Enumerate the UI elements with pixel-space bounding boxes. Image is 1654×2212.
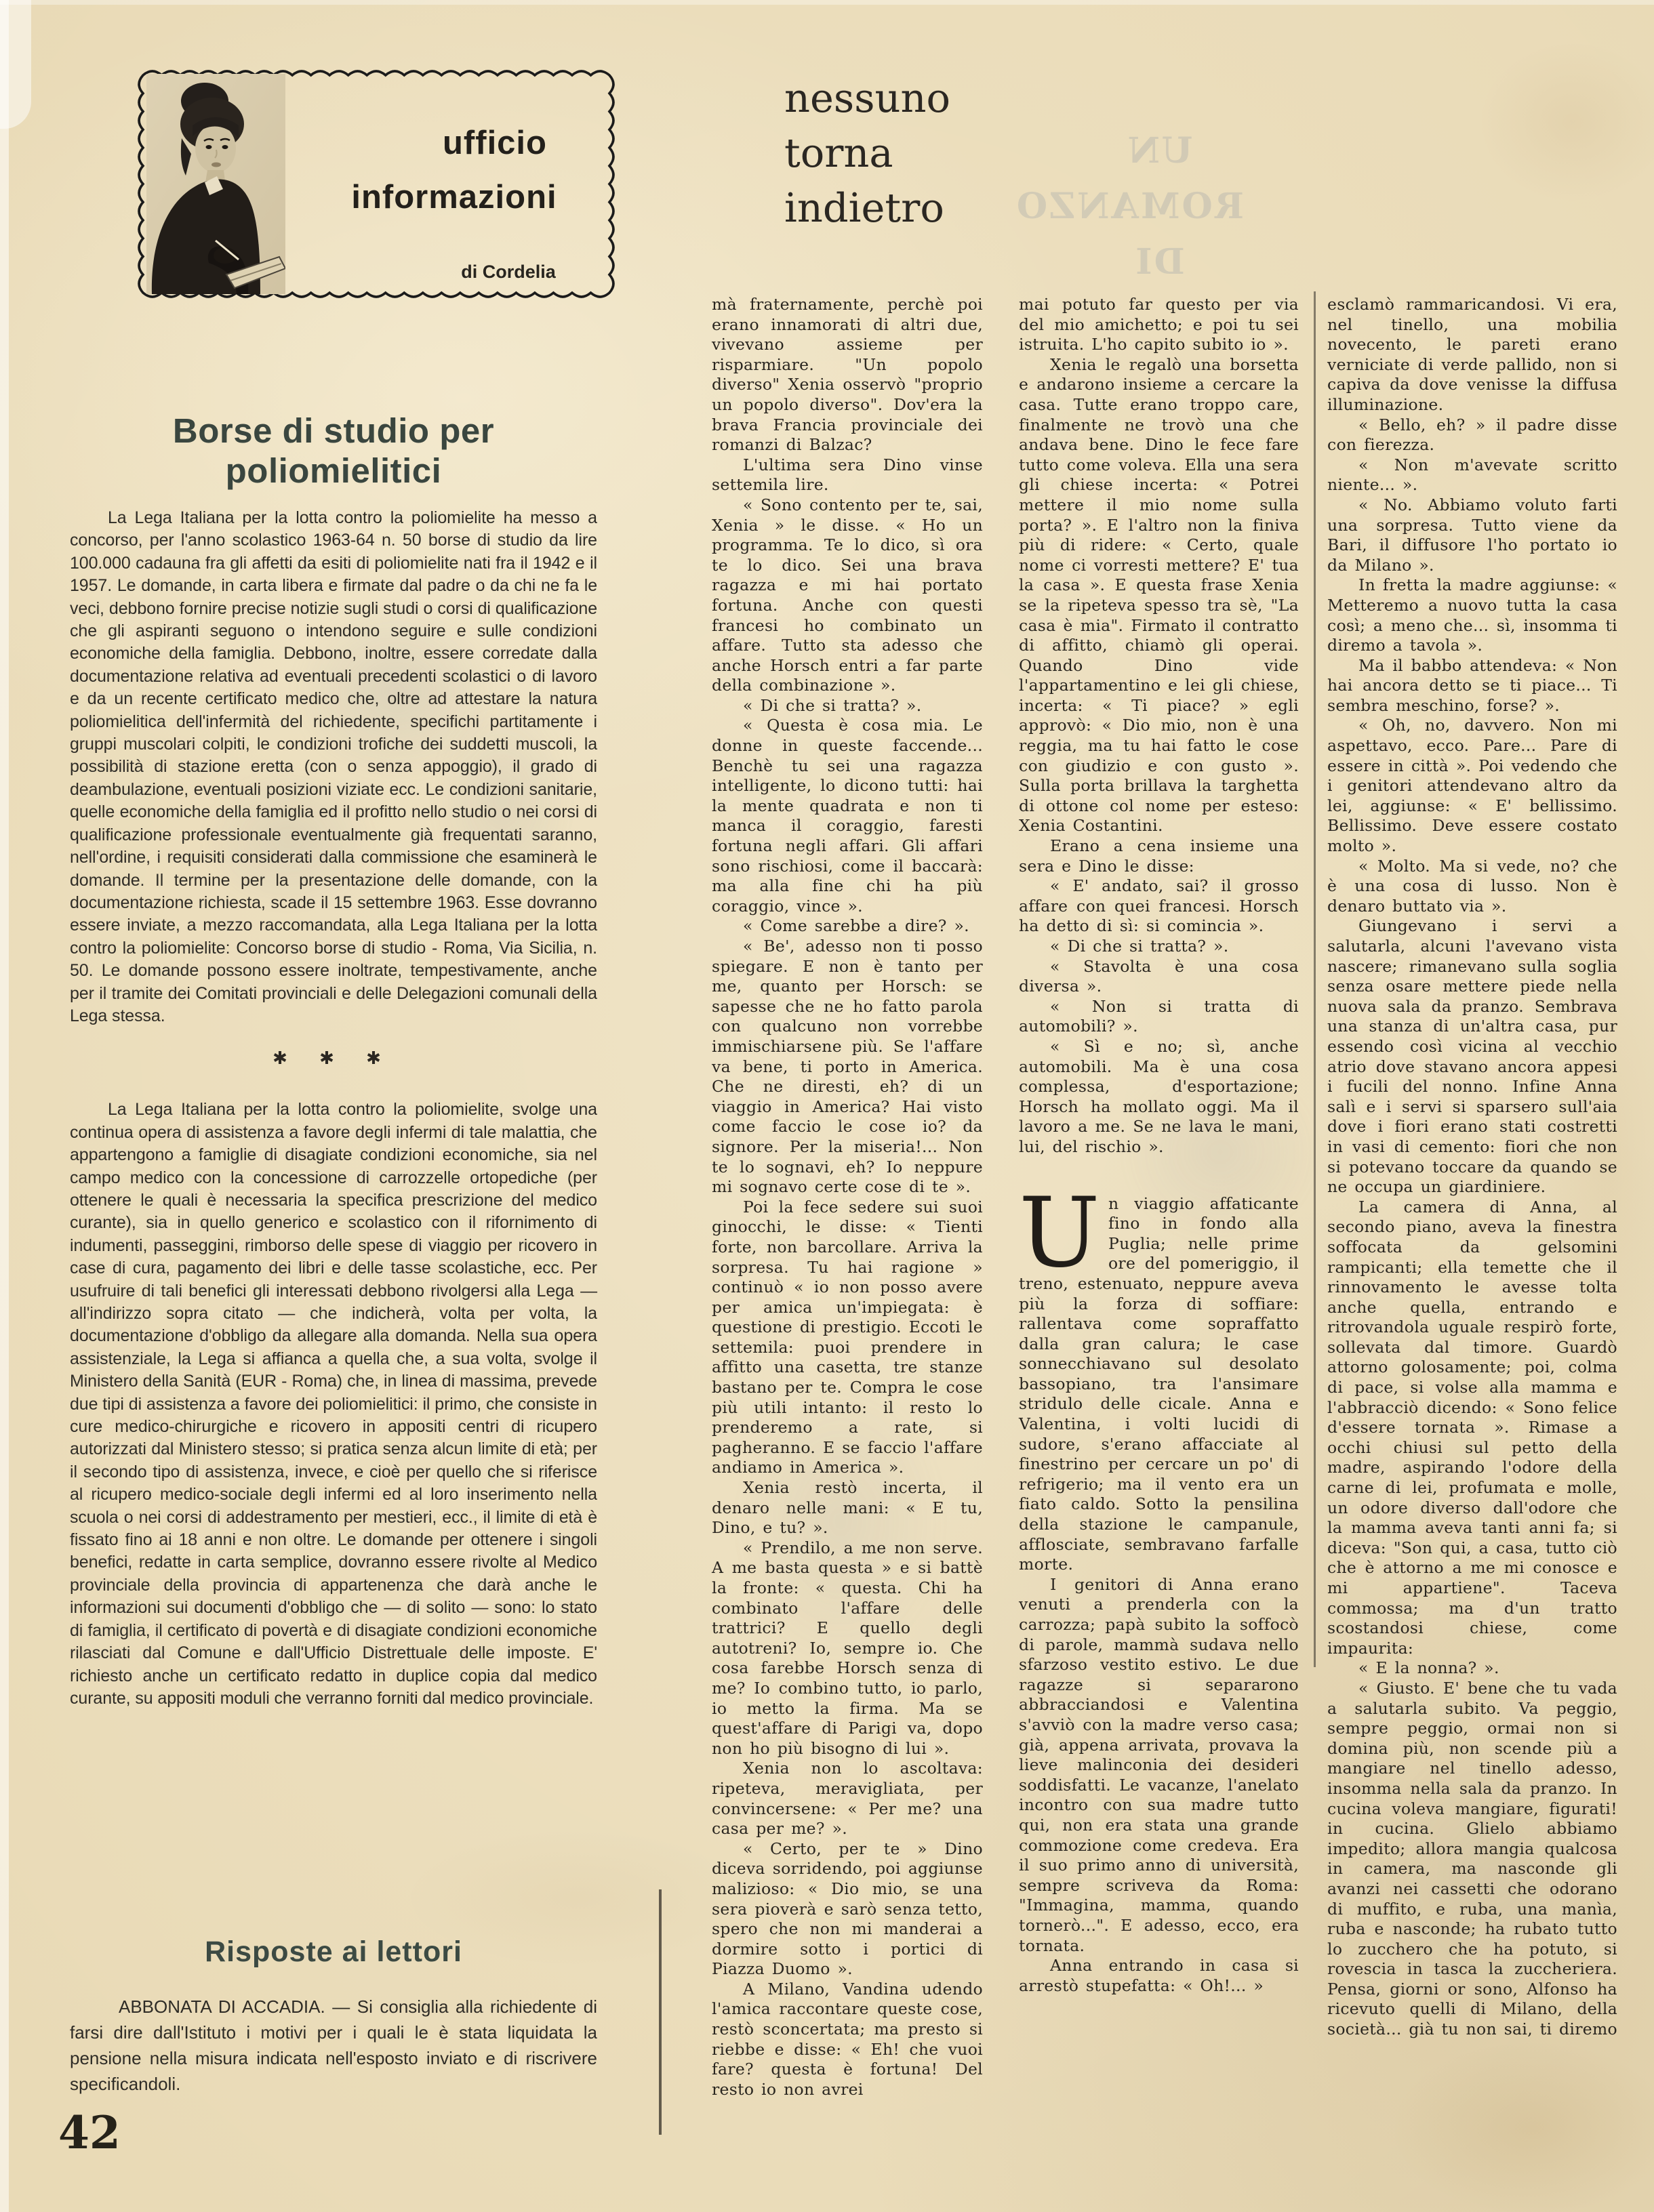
columnist-photo xyxy=(146,74,285,294)
story-paragraph: esclamò rammaricandosi. Vi era, nel tine… xyxy=(1327,295,1617,415)
story-paragraph: « Di che si tratta? ». xyxy=(1019,937,1299,957)
story-paragraph: « Certo, per te » Dino diceva sorridendo… xyxy=(712,1839,983,1980)
story-paragraph: « Stavolta è una cosa diversa ». xyxy=(1019,957,1299,997)
story-title: nessuno torna indietro xyxy=(784,70,950,235)
scan-edge xyxy=(0,0,1654,5)
article-column: La Lega Italiana per la lotta contro la … xyxy=(70,507,597,1710)
info-box-text: ufficio informazioni di Cordelia xyxy=(305,68,603,300)
woman-writing-illustration xyxy=(146,74,285,294)
story-paragraph: « E la nonna? ». xyxy=(1327,1658,1617,1679)
story-paragraph: mà fraternamente, perchè poi erano innam… xyxy=(712,295,983,455)
story-paragraph: « Questa è cosa mia. Le donne in queste … xyxy=(712,716,983,916)
bleedthrough-text: UN ROMANZO DI xyxy=(1074,123,1244,290)
story-paragraph: « Prendilo, a me non serve. A me basta q… xyxy=(712,1538,983,1759)
column-rule xyxy=(1314,291,1316,1667)
story-paragraph: « Come sarebbe a dire? ». xyxy=(712,916,983,937)
story-paragraph: Anna entrando in casa si arrestò stupefa… xyxy=(1019,1956,1299,1996)
scan-corner xyxy=(0,0,31,129)
drop-cap-letter: U xyxy=(1019,1194,1108,1269)
story-paragraph: I genitori di Anna erano venuti a prende… xyxy=(1019,1575,1299,1956)
story-paragraph: « Sì e no; sì, anche automobili. Ma è un… xyxy=(1019,1037,1299,1158)
info-box-title-line1: ufficio xyxy=(386,123,603,163)
story-column-3: esclamò rammaricandosi. Vi era, nel tine… xyxy=(1327,295,1617,2040)
story-paragraph: « Giusto. E' bene che tu vada a salutarl… xyxy=(1327,1679,1617,2040)
story-title-line2: torna xyxy=(784,125,950,180)
story-paragraph: Erano a cena insieme una sera e Dino le … xyxy=(1019,836,1299,876)
section-separator: ✱ ✱ ✱ xyxy=(70,1048,597,1069)
story-paragraph: « Di che si tratta? ». xyxy=(712,696,983,716)
story-paragraph: mai potuto far questo per via del mio am… xyxy=(1019,295,1299,355)
letters-reply: ABBONATA DI ACCADIA. — Si consiglia alla… xyxy=(70,1994,597,2097)
story-paragraph: « Be', adesso non ti posso spiegare. E n… xyxy=(712,937,983,1197)
story-column-1: mà fraternamente, perchè poi erano innam… xyxy=(712,295,983,2100)
story-paragraph: La camera di Anna, al secondo piano, ave… xyxy=(1327,1197,1617,1659)
story-paragraph: Poi la fece sedere sui suoi ginocchi, le… xyxy=(712,1197,983,1478)
story-paragraph: « Molto. Ma si vede, no? che è una cosa … xyxy=(1327,857,1617,917)
story-paragraph: Ma il babbo attendeva: « Non hai ancora … xyxy=(1327,656,1617,716)
article-paragraph-1: La Lega Italiana per la lotta contro la … xyxy=(70,507,597,1027)
story-paragraph: « Bello, eh? » il padre disse con fierez… xyxy=(1327,415,1617,455)
story-paragraph: L'ultima sera Dino vinse settemila lire. xyxy=(712,455,983,495)
magazine-page: ufficio informazioni di Cordelia Borse d… xyxy=(0,0,1654,2212)
info-box-title-line2: informazioni xyxy=(305,178,603,217)
story-title-line1: nessuno xyxy=(784,70,950,125)
story-paragraph: Xenia le regalò una borsetta e andarono … xyxy=(1019,355,1299,836)
story-paragraph: In fretta la madre aggiunse: « Metteremo… xyxy=(1327,575,1617,655)
paper-stain xyxy=(1478,41,1654,203)
column-rule xyxy=(659,1889,662,2135)
letters-heading: Risposte ai lettori xyxy=(70,1935,597,1969)
story-paragraph: « E' andato, sai? il grosso affare con q… xyxy=(1019,876,1299,937)
story-dropcap-paragraph: Un viaggio affaticante fino in fondo all… xyxy=(1019,1194,1299,1575)
paper-stain xyxy=(1390,2040,1654,2212)
story-paragraph: « Oh, no, davvero. Non mi aspettavo, ecc… xyxy=(1327,716,1617,856)
story-paragraph: « Non si tratta di automobili? ». xyxy=(1019,997,1299,1037)
story-paragraph: « Non m'avevate scritto niente... ». xyxy=(1327,455,1617,495)
info-box-byline: di Cordelia xyxy=(413,262,603,283)
story-paragraph: Xenia non lo ascoltava: ripeteva, meravi… xyxy=(712,1759,983,1839)
article-paragraph-2: La Lega Italiana per la lotta contro la … xyxy=(70,1099,597,1710)
story-column-2: mai potuto far questo per via del mio am… xyxy=(1019,295,1299,1996)
scan-edge xyxy=(0,0,9,2212)
page-number: 42 xyxy=(58,2106,121,2159)
article-headline: Borse di studio per poliomielitici xyxy=(70,411,597,491)
story-paragraph: Xenia restò incerta, il denaro nelle man… xyxy=(712,1478,983,1538)
info-box: ufficio informazioni di Cordelia xyxy=(136,68,617,300)
story-paragraph: Giungevano i servi a salutarla, alcuni l… xyxy=(1327,916,1617,1197)
story-paragraph: « Sono contento per te, sai, Xenia » le … xyxy=(712,495,983,696)
story-title-line3: indietro xyxy=(784,180,950,235)
story-paragraph: « No. Abbiamo voluto farti una sorpresa.… xyxy=(1327,495,1617,575)
story-paragraph: A Milano, Vandina udendo l'amica raccont… xyxy=(712,1980,983,2100)
